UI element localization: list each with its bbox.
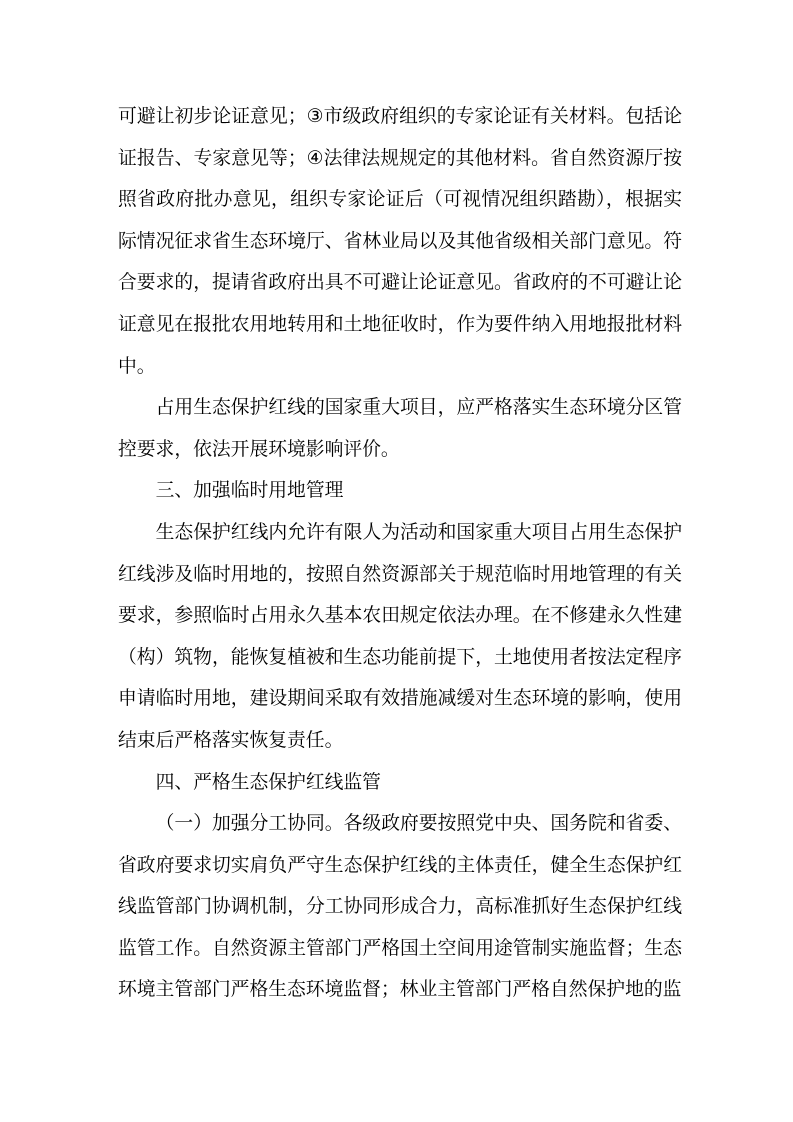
section-heading-3-temporary-land-management: 三、加强临时用地管理 [118, 469, 682, 511]
paragraph-division-of-responsibilities: （一）加强分工协同。各级政府要按照党中央、国务院和省委、省政府要求切实肩负严守生… [118, 802, 682, 1010]
paragraph-national-major-projects: 占用生态保护红线的国家重大项目，应严格落实生态环境分区管控要求，依法开展环境影响… [118, 386, 682, 469]
paragraph-temporary-land-rules: 生态保护红线内允许有限人为活动和国家重大项目占用生态保护红线涉及临时用地的，按照… [118, 511, 682, 761]
section-heading-4-redline-supervision: 四、严格生态保护红线监管 [118, 761, 682, 803]
document-page: 可避让初步论证意见；③市级政府组织的专家论证有关材料。包括论证报告、专家意见等；… [0, 0, 793, 1122]
paragraph-continuation-defense-opinions: 可避让初步论证意见；③市级政府组织的专家论证有关材料。包括论证报告、专家意见等；… [118, 95, 682, 386]
